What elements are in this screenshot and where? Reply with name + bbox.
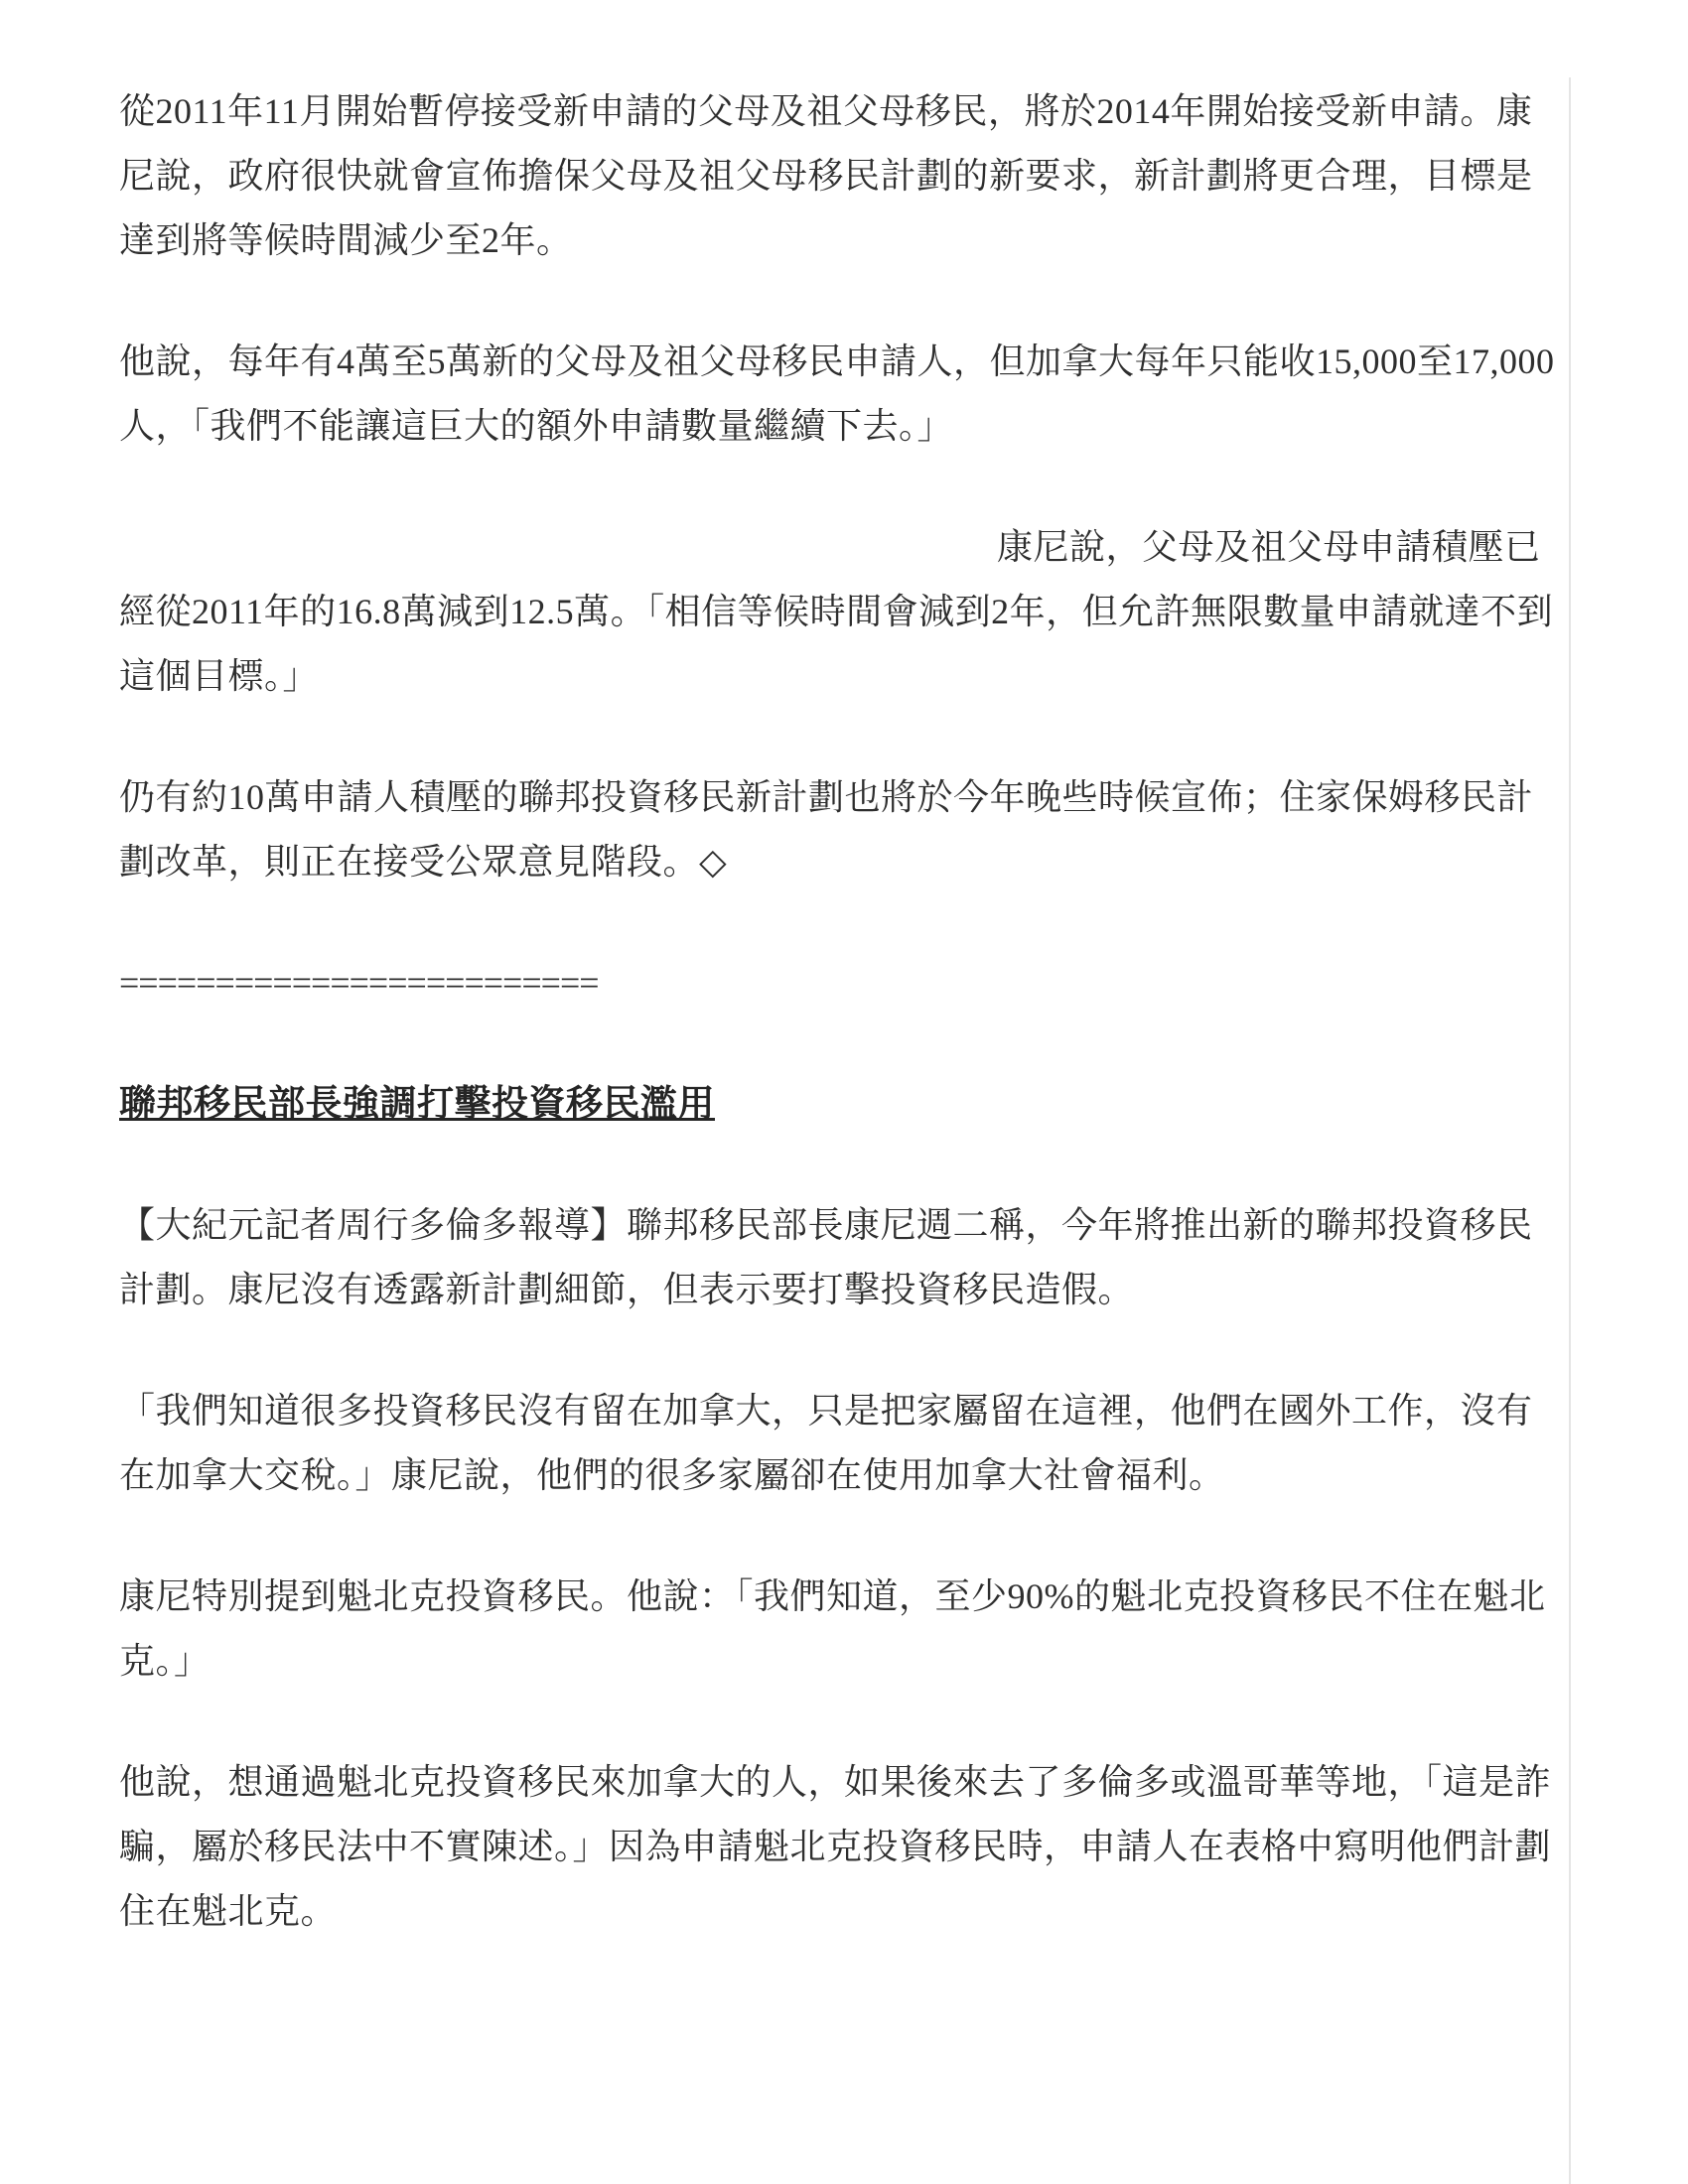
article-content: 從2011年11月開始暫停接受新申請的父母及祖父母移民，將於2014年開始接受新… — [119, 79, 1561, 2000]
content-right-border — [1569, 77, 1571, 2184]
document-page: 從2011年11月開始暫停接受新申請的父母及祖父母移民，將於2014年開始接受新… — [0, 0, 1688, 2184]
paragraph-reporter-byline-lede: 【大紀元記者周行多倫多報導】聯邦移民部長康尼週二稱，今年將推出新的聯邦投資移民計… — [119, 1193, 1561, 1322]
paragraph-quebec-investors: 康尼特別提到魁北克投資移民。他說：「我們知道，至少90%的魁北克投資移民不住在魁… — [119, 1565, 1561, 1694]
paragraph-parents-grandparents-reopen: 從2011年11月開始暫停接受新申請的父母及祖父母移民，將於2014年開始接受新… — [119, 79, 1561, 273]
paragraph-backlog-reduction: 康尼說，父母及祖父母申請積壓已經從2011年的16.8萬減到12.5萬。「相信等… — [119, 515, 1561, 709]
paragraph-investor-caregiver-plans: 仍有約10萬申請人積壓的聯邦投資移民新計劃也將於今年晚些時候宣佈；住家保姆移民計… — [119, 765, 1561, 894]
paragraph-misrepresentation: 他說，想通過魁北克投資移民來加拿大的人，如果後來去了多倫多或溫哥華等地，「這是詐… — [119, 1750, 1561, 1944]
section-divider: ========================= — [119, 951, 1561, 1016]
paragraph-investors-not-staying: 「我們知道很多投資移民沒有留在加拿大，只是把家屬留在這裡，他們在國外工作，沒有在… — [119, 1379, 1561, 1508]
paragraph-annual-quota: 他說，每年有4萬至5萬新的父母及祖父母移民申請人，但加拿大每年只能收15,000… — [119, 330, 1561, 459]
article-heading: 聯邦移民部長強調打擊投資移民濫用 — [119, 1072, 1561, 1137]
